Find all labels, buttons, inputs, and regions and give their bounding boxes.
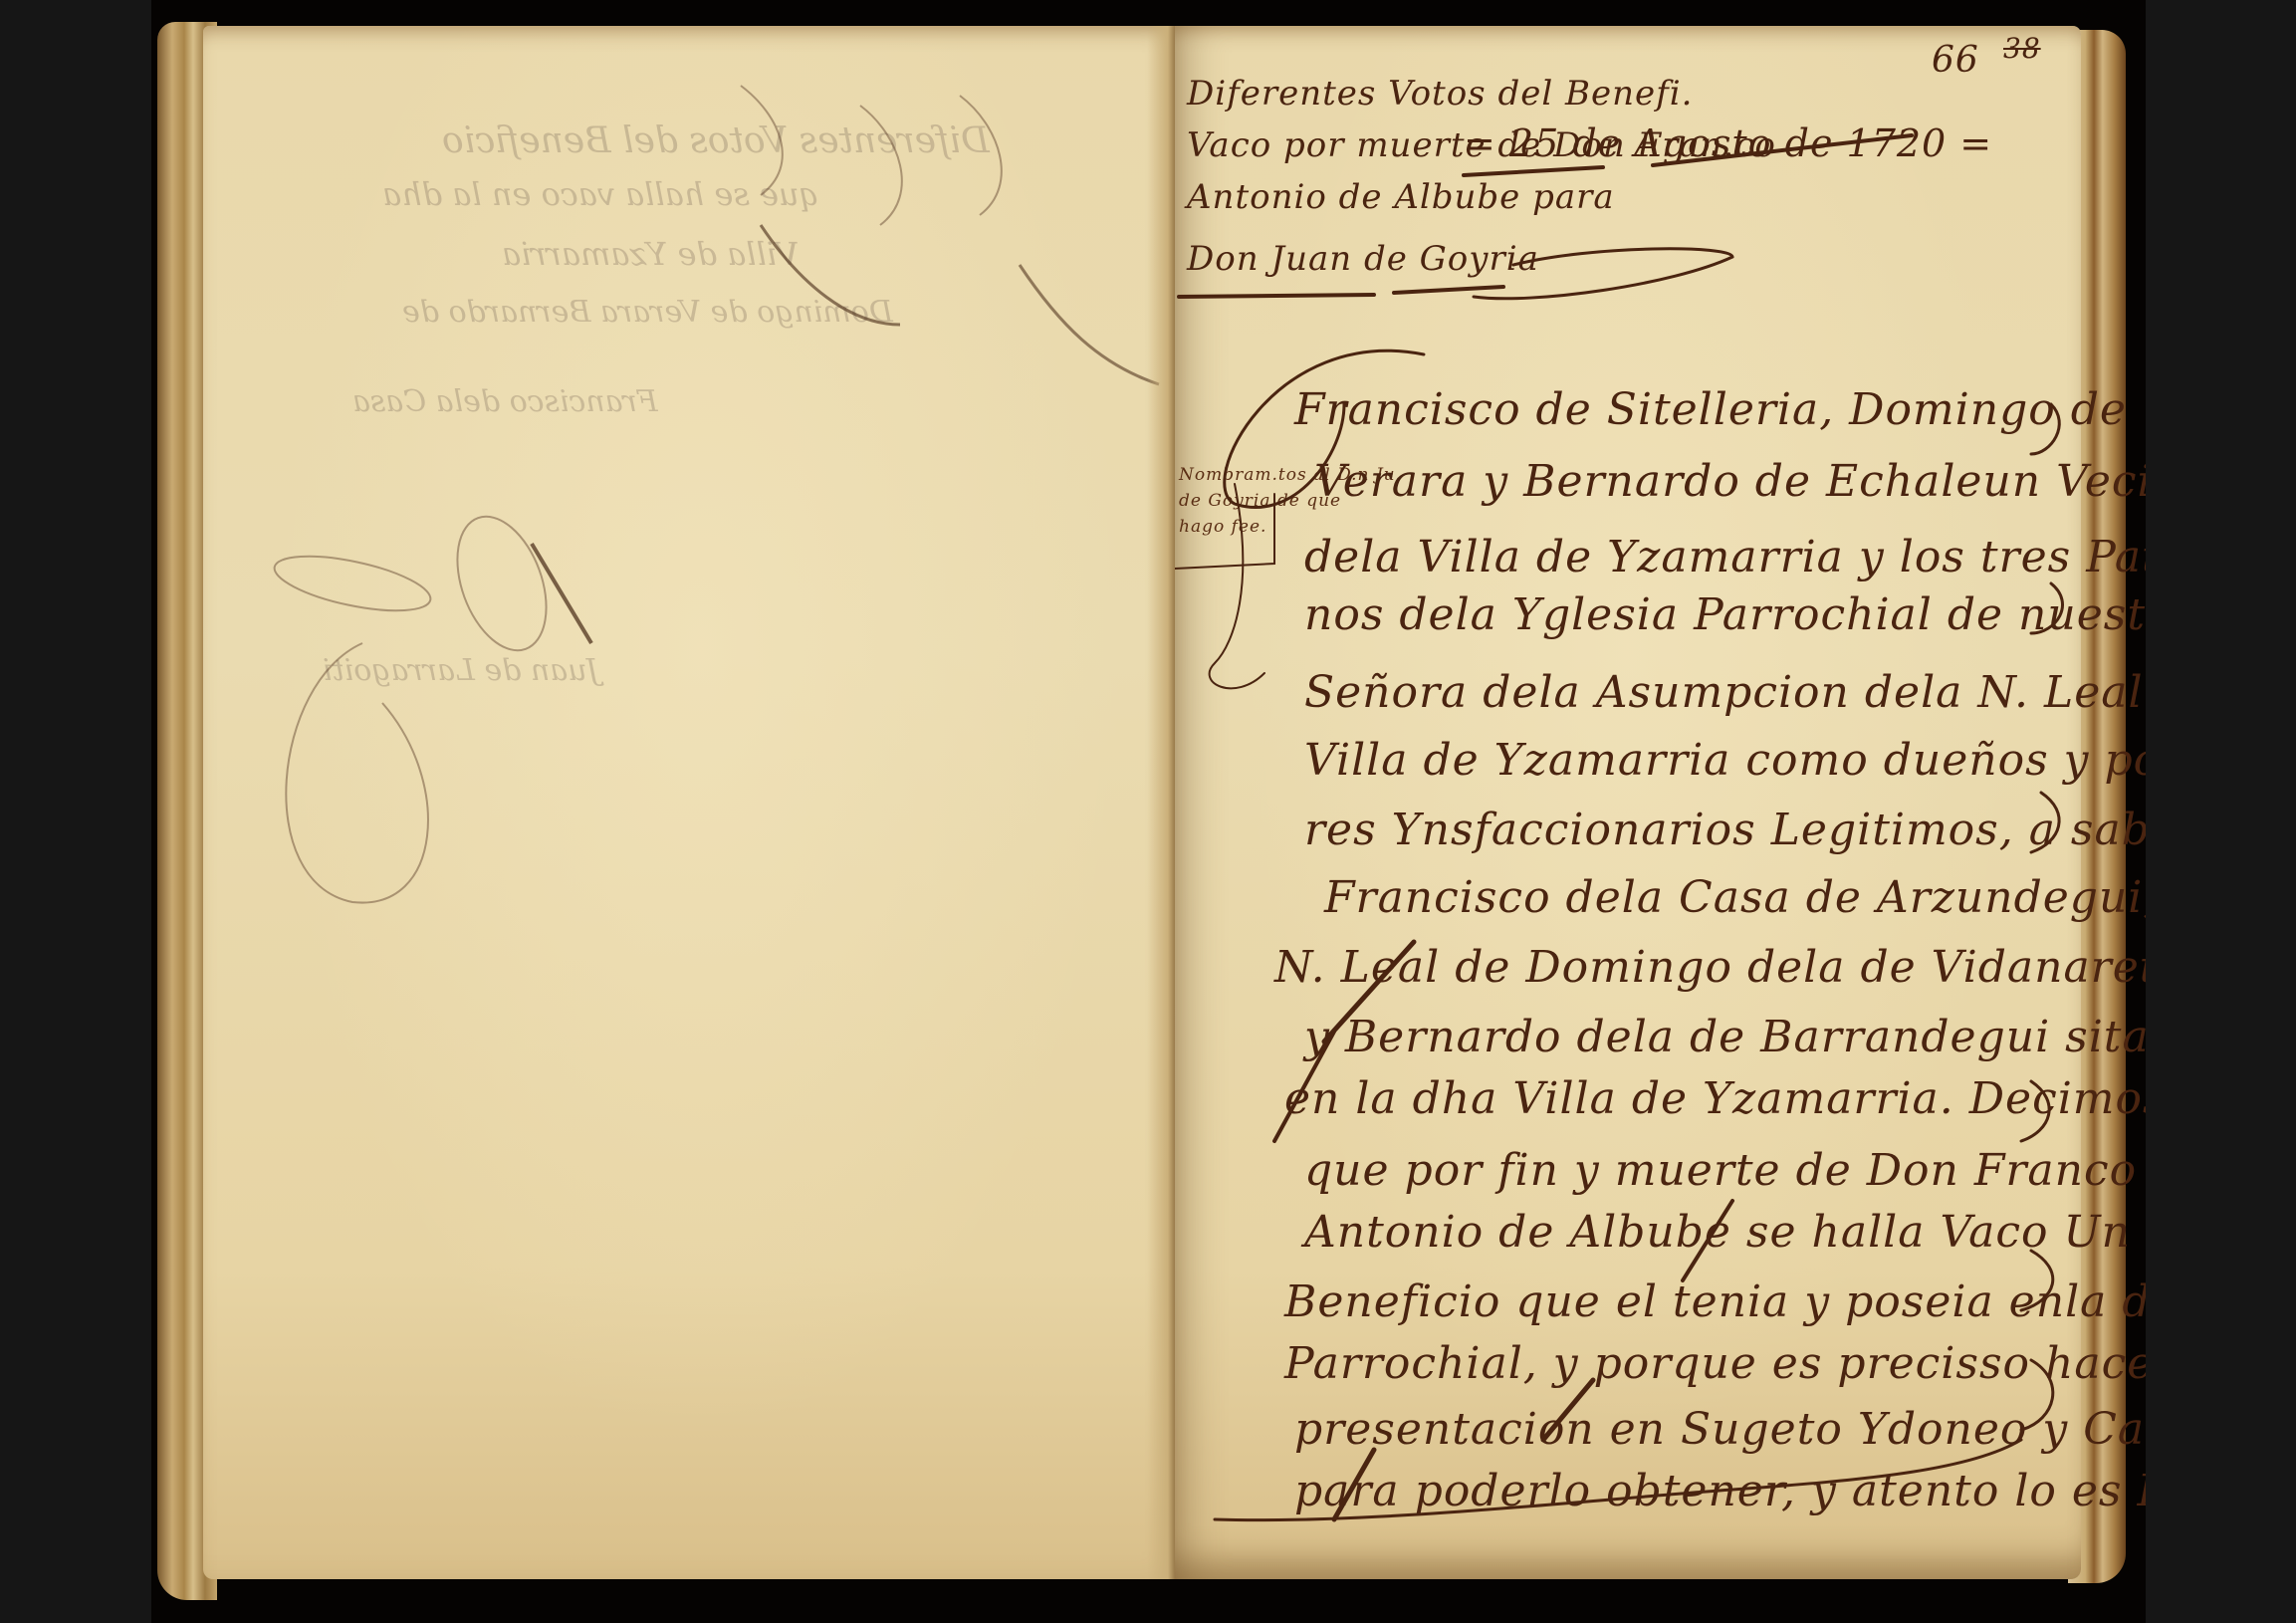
- bleed-signature-flourishes: [203, 26, 1199, 1579]
- image-viewer: Diferentes Votos del Beneficio que se ha…: [0, 0, 2296, 1623]
- manuscript-scan: Diferentes Votos del Beneficio que se ha…: [151, 0, 2146, 1623]
- right-page: 66 38 Diferentes Votos del Benefi. Vaco …: [1175, 26, 2081, 1579]
- ink-flourishes: [1175, 26, 2081, 1579]
- left-page: Diferentes Votos del Beneficio que se ha…: [203, 26, 1199, 1579]
